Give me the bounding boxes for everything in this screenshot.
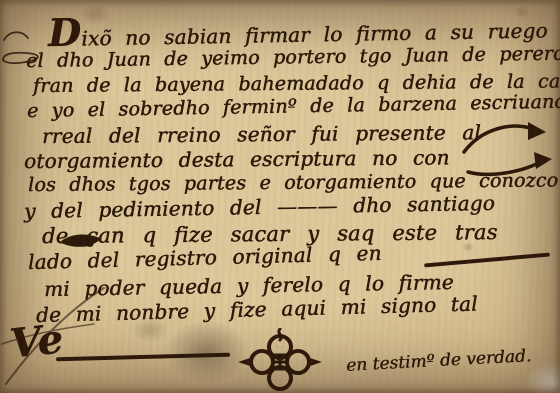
- manuscript-line: el dho Juan de yeimo portero tgo Juan de…: [26, 44, 560, 71]
- manuscript-page: Dixõ no sabian firmar lo firmo a su rueg…: [0, 0, 560, 393]
- manuscript-line: rreal del rreino señor fui presente al: [42, 122, 481, 146]
- manuscript-line: y del pedimiento del ——— dho santiago: [24, 193, 495, 221]
- ink-trailing-stroke: [424, 253, 550, 268]
- attestation-text: en testimº de verdad.: [346, 346, 532, 376]
- manuscript-line: otorgamiento desta escriptura no con: [24, 147, 450, 171]
- notarial-knot-sign-icon: [232, 328, 328, 392]
- ink-swoosh: [58, 230, 106, 250]
- ink-flourish-arrow: [466, 146, 556, 180]
- margin-loop-mark: [0, 26, 46, 74]
- hairline-flourish: [0, 280, 130, 390]
